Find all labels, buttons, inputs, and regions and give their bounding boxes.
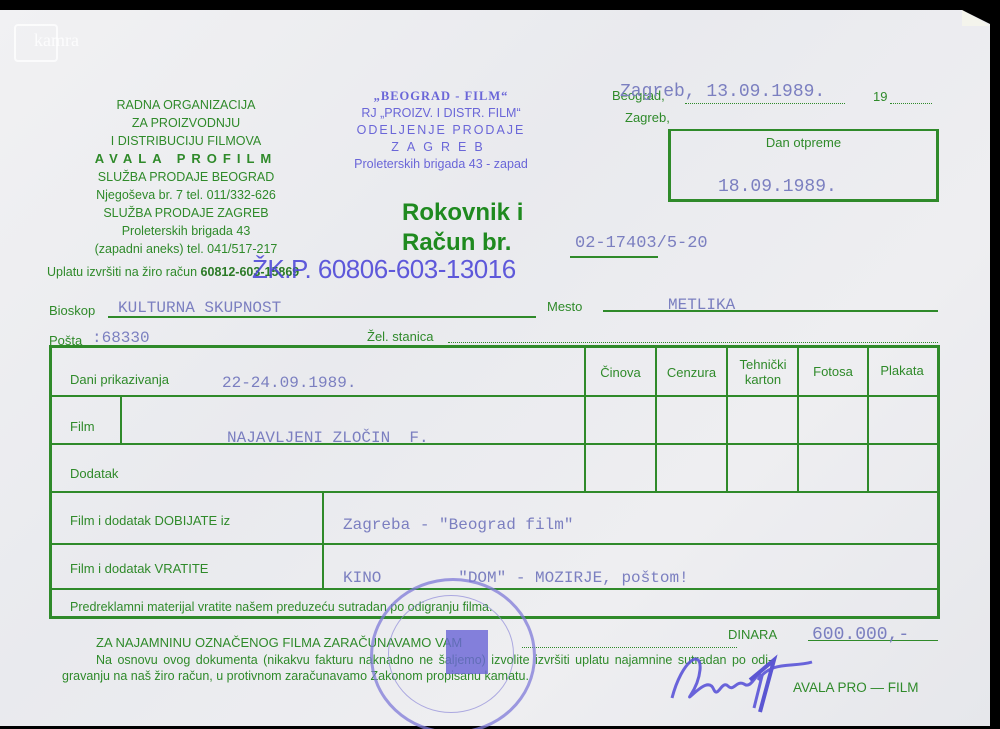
typed-date: Zagreb, 13.09.1989. [620, 82, 825, 102]
dispatch-label: Dan otpreme [668, 135, 939, 150]
col-cenzura: Cenzura [657, 365, 726, 380]
date-dotted-line [685, 103, 845, 104]
stanica-label: Žel. stanica [367, 329, 433, 344]
account-stamp: ŽK.P. 60806-603-13016 [252, 254, 516, 285]
payment-label: Uplatu izvršiti na žiro račun [47, 265, 197, 279]
dobijate-value[interactable]: Zagreba - "Beograd film" [343, 516, 573, 534]
bf-logo-icon [446, 630, 488, 674]
signature-icon [662, 640, 822, 720]
invoice-number: 02-17403/5-20 [575, 234, 708, 253]
col-plakata: Plakata [869, 363, 935, 378]
date-label-zagreb: Zagreb, [625, 110, 670, 125]
org-line: RADNA ORGANIZACIJA [40, 96, 332, 114]
row-value-film[interactable]: NAJAVLJENI ZLOČIN F. [227, 429, 429, 447]
row-value-dani[interactable]: 22-24.09.1989. [222, 374, 356, 392]
bioskop-value[interactable]: KULTURNA SKUPNOST [118, 299, 281, 317]
col-tehnicki-karton: Tehnički karton [734, 357, 792, 387]
bioskop-label: Bioskop [49, 303, 95, 318]
year-prefix: 19 [873, 89, 887, 104]
document-title: Rokovnik i Račun br. [402, 198, 523, 258]
row-divider [52, 443, 937, 445]
screening-table: Dani prikazivanja 22-24.09.1989. Film NA… [49, 345, 940, 619]
row-label-dodatak: Dodatak [70, 466, 118, 481]
stamp-line: ODELJENJE PRODAJE [316, 122, 566, 139]
row-label-dani: Dani prikazivanja [70, 372, 169, 387]
stamp-line: Proleterskih brigada 43 - zapad [316, 156, 566, 173]
invoice-number-underline [570, 256, 658, 258]
stamp-line: ZAGREB [316, 139, 566, 156]
mesto-label: Mesto [547, 299, 582, 314]
row-divider [52, 395, 937, 397]
brand-name: AVALA PROFILM [40, 150, 332, 168]
vratite-value[interactable]: KINO "DOM" - MOZIRJE, poštom! [343, 569, 689, 587]
issuer-header: RADNA ORGANIZACIJA ZA PROIZVODNJU I DIST… [40, 96, 332, 258]
amount-value[interactable]: 600.000,- [812, 625, 909, 645]
title-line: Rokovnik i [402, 198, 523, 228]
dobijate-label: Film i dodatak DOBIJATE iz [70, 513, 230, 528]
stamp-line: „BEOGRAD - FILM“ [316, 88, 566, 105]
org-line: ZA PROIZVODNJU [40, 114, 332, 132]
vratite-label: Film i dodatak VRATITE [70, 561, 208, 576]
watermark-text: kamra [34, 30, 79, 51]
stamp-line: RJ „PROIZV. I DISTR. FILM“ [316, 105, 566, 122]
film-col-divider [120, 395, 122, 443]
dispatch-date-value: 18.09.1989. [718, 177, 837, 197]
year-dotted-line [890, 103, 932, 104]
org-line: SLUŽBA PRODAJE ZAGREB [40, 204, 332, 222]
col-fotosa: Fotosa [799, 364, 867, 379]
org-address: Proleterskih brigada 43 [40, 222, 332, 240]
org-address: Njegoševa br. 7 tel. 011/332-626 [40, 186, 332, 204]
col-divider [322, 491, 324, 588]
mesto-value[interactable]: METLIKA [668, 296, 735, 314]
col-divider [726, 348, 728, 491]
org-line: I DISTRIBUCIJU FILMOVA [40, 132, 332, 150]
stanica-line [448, 342, 938, 343]
row-divider [52, 491, 937, 493]
col-cinova: Činova [586, 365, 655, 380]
row-divider [52, 543, 937, 545]
sales-dept-stamp: „BEOGRAD - FILM“ RJ „PROIZV. I DISTR. FI… [316, 88, 566, 173]
org-line: SLUŽBA PRODAJE BEOGRAD [40, 168, 332, 186]
row-label-film: Film [70, 419, 95, 434]
mesto-line [603, 310, 938, 312]
